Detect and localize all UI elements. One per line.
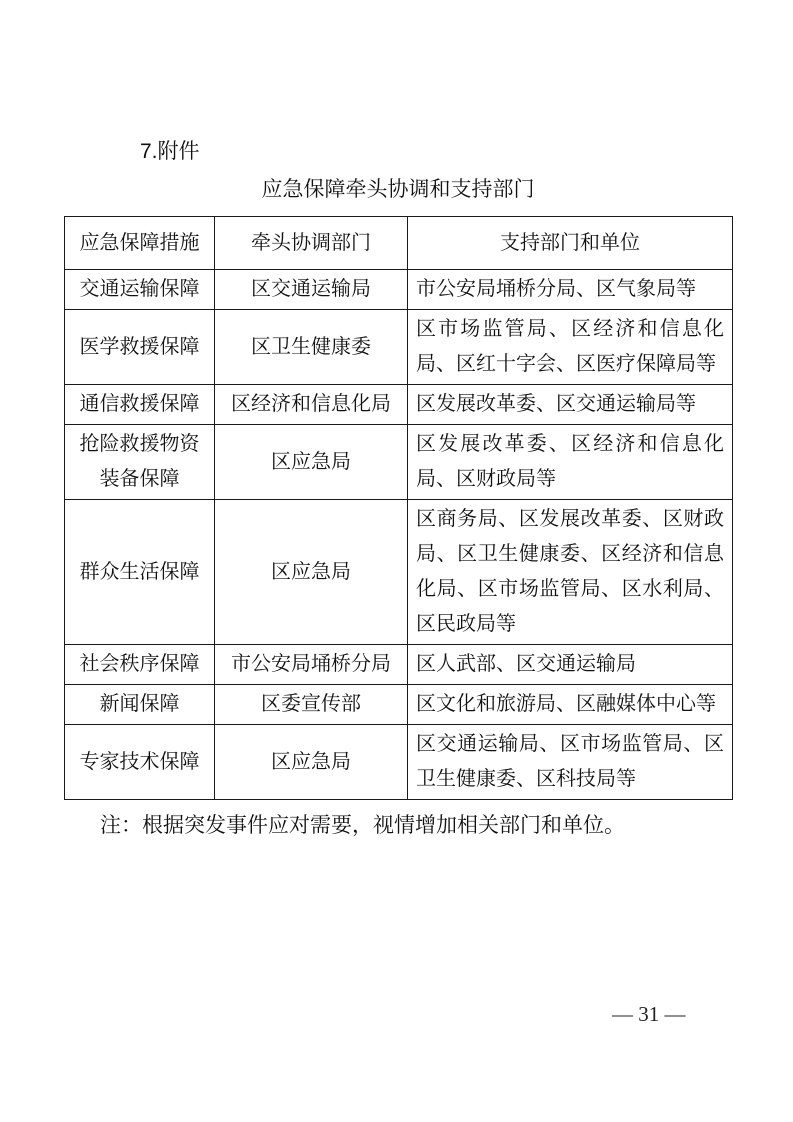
column-header-measure: 应急保障措施 [65,217,215,270]
table-row: 社会秩序保障 市公安局埇桥分局 区人武部、区交通运输局 [65,645,733,685]
cell-support-departments: 区市场监管局、区经济和信息化局、区红十字会、区医疗保障局等 [408,310,733,385]
table-title: 应急保障牵头协调和支持部门 [64,178,732,201]
note: 注：根据突发事件应对需要，视情增加相关部门和单位。 [100,813,793,838]
table-row: 医学救援保障 区卫生健康委 区市场监管局、区经济和信息化局、区红十字会、区医疗保… [65,310,733,385]
cell-measure: 抢险救援物资装备保障 [65,425,215,500]
cell-support-departments: 区发展改革委、区经济和信息化局、区财政局等 [408,425,733,500]
cell-measure: 群众生活保障 [65,500,215,645]
table-row: 抢险救援物资装备保障 区应急局 区发展改革委、区经济和信息化局、区财政局等 [65,425,733,500]
cell-measure: 医学救援保障 [65,310,215,385]
cell-support-departments: 区文化和旅游局、区融媒体中心等 [408,685,733,725]
cell-lead-department: 区卫生健康委 [215,310,408,385]
table-row: 群众生活保障 区应急局 区商务局、区发展改革委、区财政局、区卫生健康委、区经济和… [65,500,733,645]
table-row: 新闻保障 区委宣传部 区文化和旅游局、区融媒体中心等 [65,685,733,725]
cell-measure: 新闻保障 [65,685,215,725]
attachment-label: 7.附件 [140,140,793,163]
cell-support-departments: 市公安局埇桥分局、区气象局等 [408,270,733,310]
table-row: 通信救援保障 区经济和信息化局 区发展改革委、区交通运输局等 [65,385,733,425]
cell-lead-department: 区应急局 [215,500,408,645]
cell-support-departments: 区发展改革委、区交通运输局等 [408,385,733,425]
coordination-table: 应急保障措施 牵头协调部门 支持部门和单位 交通运输保障 区交通运输局 市公安局… [64,216,733,800]
cell-support-departments: 区商务局、区发展改革委、区财政局、区卫生健康委、区经济和信息化局、区市场监管局、… [408,500,733,645]
cell-lead-department: 区委宣传部 [215,685,408,725]
table-header-row: 应急保障措施 牵头协调部门 支持部门和单位 [65,217,733,270]
column-header-support-departments: 支持部门和单位 [408,217,733,270]
page-number: — 31 — [612,1002,686,1027]
cell-lead-department: 市公安局埇桥分局 [215,645,408,685]
cell-support-departments: 区交通运输局、区市场监管局、区卫生健康委、区科技局等 [408,725,733,800]
cell-lead-department: 区应急局 [215,725,408,800]
cell-measure: 专家技术保障 [65,725,215,800]
cell-measure: 交通运输保障 [65,270,215,310]
cell-lead-department: 区经济和信息化局 [215,385,408,425]
cell-lead-department: 区应急局 [215,425,408,500]
table-row: 交通运输保障 区交通运输局 市公安局埇桥分局、区气象局等 [65,270,733,310]
document-page: 7.附件 应急保障牵头协调和支持部门 应急保障措施 牵头协调部门 支持部门和单位… [0,0,793,1122]
cell-support-departments: 区人武部、区交通运输局 [408,645,733,685]
table-row: 专家技术保障 区应急局 区交通运输局、区市场监管局、区卫生健康委、区科技局等 [65,725,733,800]
cell-measure: 通信救援保障 [65,385,215,425]
column-header-lead-department: 牵头协调部门 [215,217,408,270]
cell-measure: 社会秩序保障 [65,645,215,685]
cell-lead-department: 区交通运输局 [215,270,408,310]
